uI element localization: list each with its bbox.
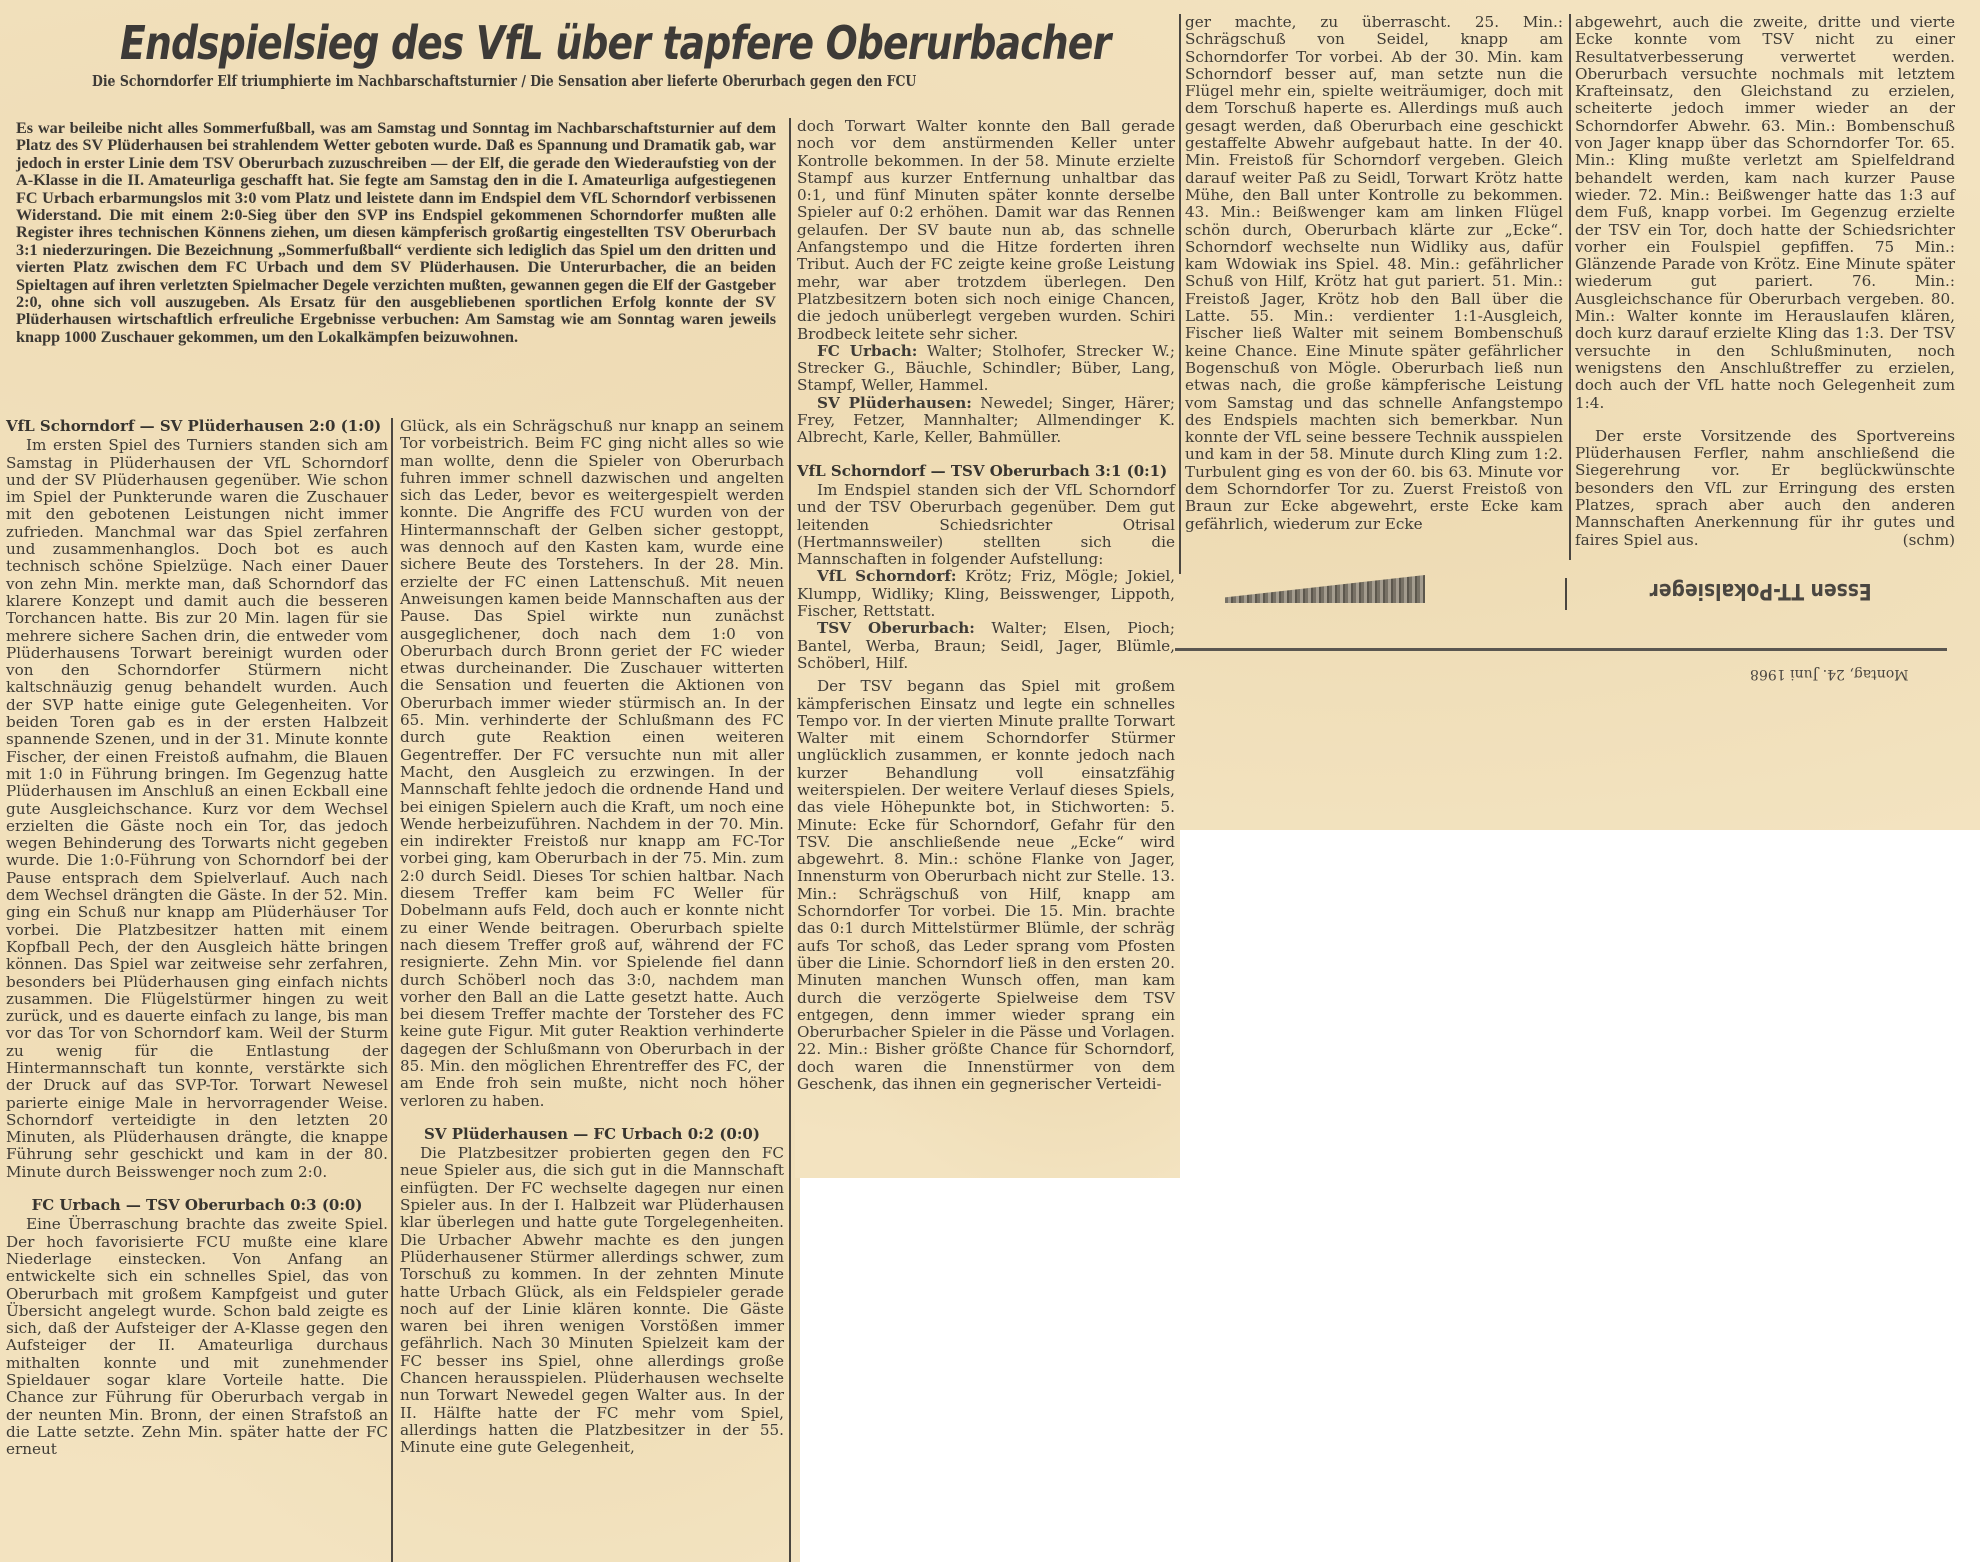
match-report: Eine Überraschung brachte das zweite Spi… [6, 1216, 388, 1458]
column-rule [1569, 14, 1571, 560]
match-report-continued: abgewehrt, auch die zweite, dritte und v… [1575, 14, 1955, 412]
column-2: Glück, als ein Schrägschuß nur knapp an … [400, 418, 784, 1457]
reverse-side-horizontal-rule [1175, 648, 1947, 651]
lineup-team: FC Urbach: [817, 342, 917, 360]
match-report: Der TSV begann das Spiel mit großem kämp… [797, 678, 1175, 1093]
article-subheadline: Die Schorndorfer Elf triumphierte im Nac… [92, 73, 916, 90]
match-report: Die Platzbesitzer probierten gegen den F… [400, 1145, 784, 1456]
match-heading: FC Urbach — TSV Oberurbach 0:3 (0:0) [6, 1197, 388, 1214]
column-1: VfL Schorndorf — SV Plüderhausen 2:0 (1:… [6, 418, 388, 1459]
article-headline: Endspielsieg des VfL über tapfere Oberur… [120, 16, 1110, 70]
closing-paragraph: Der erste Vorsitzende des Sportvereins P… [1575, 428, 1955, 549]
match-report: Im Endspiel standen sich der VfL Schornd… [797, 482, 1175, 568]
reverse-side-date: Montag, 24. Juni 1968 [1750, 666, 1909, 682]
column-rule [391, 418, 393, 1562]
lineup-team: TSV Oberurbach: [817, 619, 975, 637]
match-heading: VfL Schorndorf — SV Plüderhausen 2:0 (1:… [6, 418, 388, 435]
match-heading: VfL Schorndorf — TSV Oberurbach 3:1 (0:1… [797, 463, 1175, 480]
lineup: SV Plüderhausen: Newedel; Singer, Härer;… [797, 395, 1175, 447]
match-report-continued: Glück, als ein Schrägschuß nur knapp an … [400, 418, 784, 1110]
lineup: FC Urbach: Walter; Stolhofer, Strecker W… [797, 343, 1175, 395]
column-4: ger machte, zu überrascht. 25. Min.: Sch… [1185, 14, 1563, 533]
column-rule [789, 118, 791, 1562]
reverse-side-rule [1565, 578, 1567, 610]
match-report-continued: ger machte, zu überrascht. 25. Min.: Sch… [1185, 14, 1563, 533]
lineup-team: VfL Schorndorf: [817, 567, 956, 585]
match-heading: SV Plüderhausen — FC Urbach 0:2 (0:0) [400, 1126, 784, 1143]
match-report-continued: doch Torwart Walter konnte den Ball gera… [797, 118, 1175, 343]
article-intro: Es war beileibe nicht alles Sommerfußbal… [16, 120, 776, 346]
column-5: abgewehrt, auch die zweite, dritte und v… [1575, 14, 1955, 549]
column-rule [1179, 14, 1181, 574]
lineup-team: SV Plüderhausen: [817, 394, 972, 412]
lineup: TSV Oberurbach: Walter; Elsen, Pioch; Ba… [797, 620, 1175, 672]
reverse-side-headline: Essen TT-Pokalsieger [1650, 578, 1872, 603]
lineup: VfL Schorndorf: Krötz; Friz, Mögle; Joki… [797, 568, 1175, 620]
column-3: doch Torwart Walter konnte den Ball gera… [797, 118, 1175, 1093]
match-report: Im ersten Spiel des Turniers standen sic… [6, 437, 388, 1181]
